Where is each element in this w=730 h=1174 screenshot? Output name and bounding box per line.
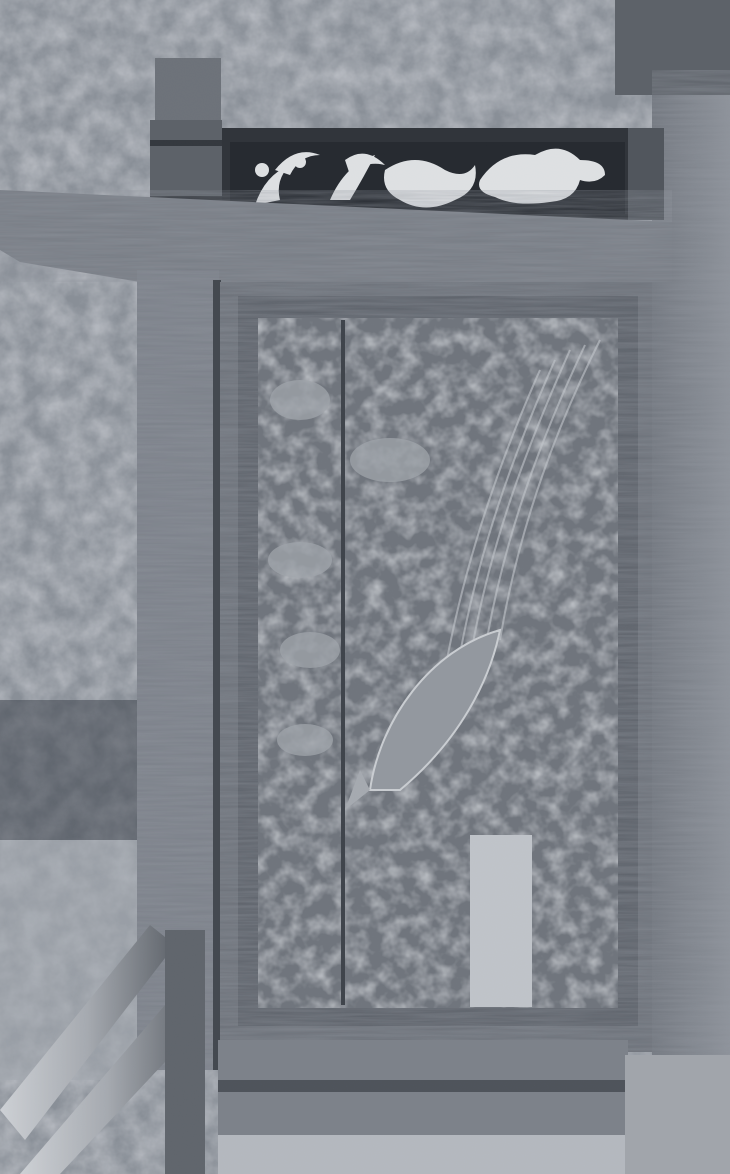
photograph [0,0,730,1174]
photo-canvas [0,0,730,1174]
film-grain [0,0,730,1174]
